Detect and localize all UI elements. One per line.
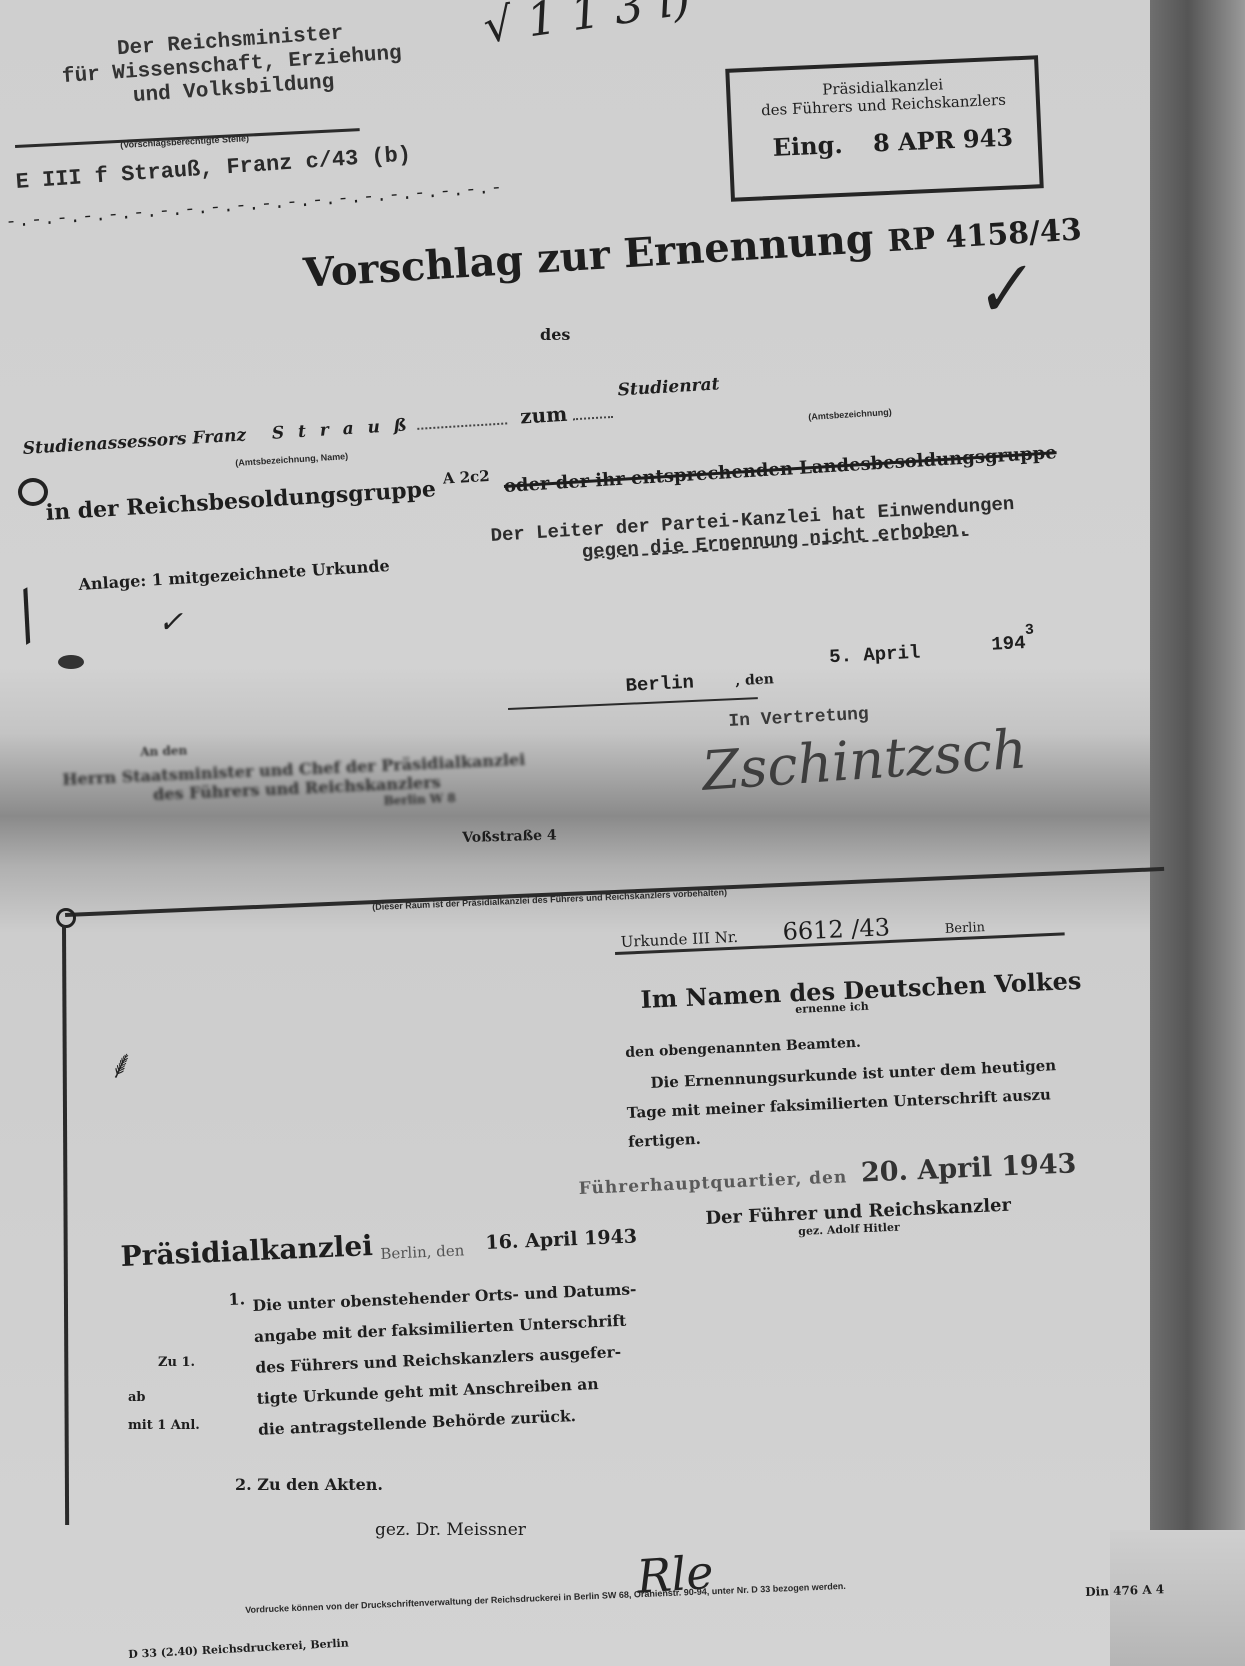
scan-corner bbox=[1110, 1530, 1245, 1666]
addressee-an-den: An den bbox=[140, 743, 187, 759]
margin-note-2: ab bbox=[128, 1390, 146, 1405]
zum-label: zum bbox=[519, 402, 567, 429]
stamp-date: 8 APR 943 bbox=[872, 122, 1013, 157]
item1-text: Die unter obenstehender Orts- und Datums… bbox=[252, 1273, 642, 1445]
chancellery-signed: gez. Dr. Meissner bbox=[375, 1520, 526, 1540]
stamp-date-row: Eing. 8 APR 943 bbox=[772, 121, 1038, 162]
addressee-street: Voßstraße 4 bbox=[462, 828, 557, 846]
title-des: des bbox=[540, 325, 570, 344]
chancellery-place: Berlin, den bbox=[380, 1241, 465, 1263]
stamp-label: Eing. bbox=[772, 130, 843, 162]
item1-number: 1. bbox=[228, 1289, 246, 1309]
circle-mark-icon bbox=[18, 478, 48, 506]
date-value: 5. April bbox=[829, 642, 921, 669]
year-prefix: 194 bbox=[991, 632, 1026, 656]
punch-hole-mark bbox=[58, 655, 84, 669]
den-label: , den bbox=[735, 671, 774, 689]
footer-form-code: Din 476 A 4 bbox=[1085, 1582, 1164, 1599]
receipt-stamp: Präsidialkanzlei des Führers und Reichsk… bbox=[725, 55, 1044, 202]
checkmark-small-icon: ✓ bbox=[158, 605, 183, 640]
item2-text: 2. Zu den Akten. bbox=[235, 1475, 383, 1494]
scan-edge bbox=[1150, 0, 1245, 1666]
footer-initials: Rle bbox=[635, 1545, 715, 1604]
urkunde-stamp-right: Berlin bbox=[945, 920, 986, 937]
place: Berlin bbox=[625, 671, 694, 697]
pay-group-value: A 2c2 bbox=[442, 467, 490, 488]
margin-note-3: mit 1 Anl. bbox=[128, 1418, 200, 1433]
margin-note-1: Zu 1. bbox=[158, 1355, 195, 1370]
year-suffix: 3 bbox=[1024, 622, 1034, 639]
